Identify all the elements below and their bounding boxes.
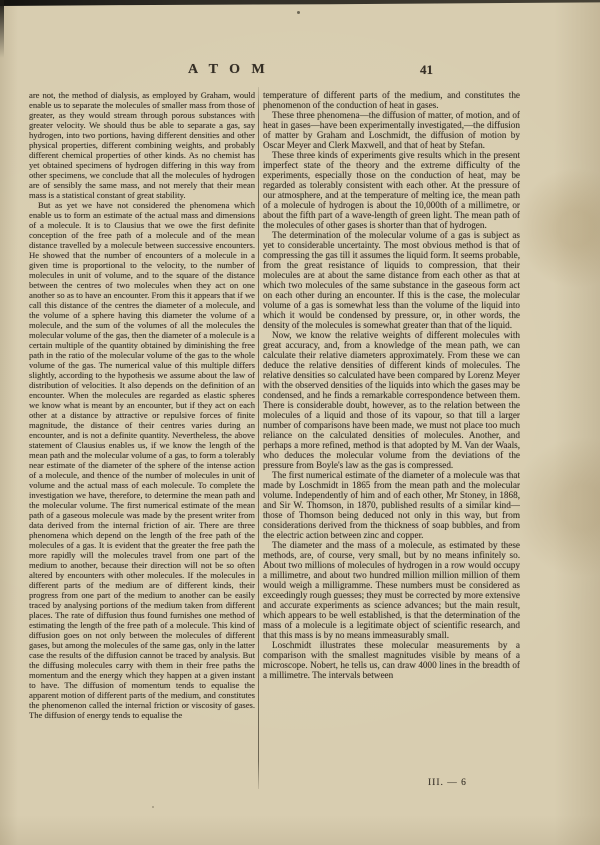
paragraph: Now, we know the relative weights of dif… bbox=[263, 330, 520, 470]
scan-speck bbox=[297, 11, 300, 14]
scan-corner-shadow bbox=[0, 0, 4, 58]
paragraph: temperature of different parts of the me… bbox=[263, 90, 520, 110]
paragraph: The determination of the molecular volum… bbox=[263, 230, 520, 330]
text-column-right: temperature of different parts of the me… bbox=[263, 90, 520, 792]
paragraph: The diameter and the mass of a molecule,… bbox=[263, 540, 520, 640]
running-head: A T O M 41 bbox=[0, 62, 600, 80]
text-column-left: are not, the method of dialysis, as empl… bbox=[29, 90, 255, 792]
paragraph: These three phenomena—the diffusion of m… bbox=[263, 110, 520, 150]
column-divider-rule bbox=[258, 87, 259, 789]
paragraph: But as yet we have not considered the ph… bbox=[29, 200, 255, 720]
scan-top-edge bbox=[0, 0, 600, 6]
paragraph: These three kinds of experiments give re… bbox=[263, 150, 520, 230]
scan-speck bbox=[152, 806, 154, 808]
paragraph: are not, the method of dialysis, as empl… bbox=[29, 90, 255, 200]
page-title: A T O M bbox=[188, 62, 269, 78]
scanned-book-page: A T O M 41 are not, the method of dialys… bbox=[0, 0, 600, 845]
paragraph: Loschmidt illustrates these molecular me… bbox=[263, 640, 520, 680]
page-number: 41 bbox=[420, 62, 433, 78]
signature-mark: III. — 6 bbox=[428, 778, 467, 788]
paragraph: The first numerical estimate of the diam… bbox=[263, 470, 520, 540]
